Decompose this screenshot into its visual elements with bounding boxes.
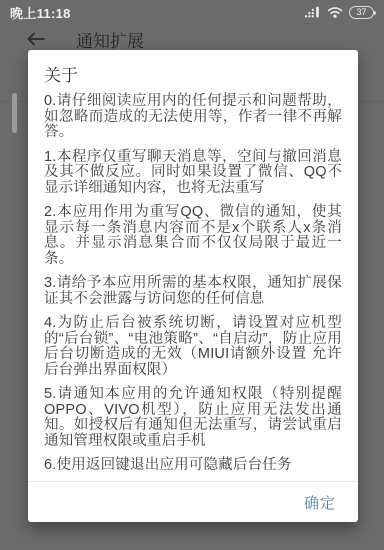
signal-icon — [304, 6, 321, 18]
scrollbar-thumb — [12, 93, 17, 133]
battery-percent: 37 — [356, 7, 366, 17]
about-paragraph-6: 6.使用返回键退出应用可隐藏后台任务 — [44, 458, 342, 474]
back-arrow-icon[interactable] — [26, 32, 46, 46]
dialog-title: 关于 — [44, 61, 342, 86]
dialog-content[interactable]: 关于 0.请仔细阅读应用内的任何提示和问题帮助，如忽略而造成的无法使用等，作者一… — [28, 50, 358, 481]
battery-icon: 37 — [349, 6, 374, 19]
status-time: 晚上11:18 — [10, 3, 71, 22]
status-bar: 晚上11:18 — [0, 0, 384, 24]
about-paragraph-5: 5.请通知本应用的允许通知权限（特别提醒OPPO、VIVO机型），防止应用无法发… — [44, 387, 342, 449]
about-paragraph-1: 1.本程序仅重写聊天消息等，空间与撤回消息及其不做反应。同时如果设置了微信、QQ… — [44, 150, 342, 197]
about-paragraph-2: 2.本应用作用为重写QQ、微信的通知，使其显示每一条消息内容而不是x个联系人x条… — [44, 205, 342, 267]
about-paragraph-0: 0.请仔细阅读应用内的任何提示和问题帮助，如忽略而造成的无法使用等，作者一律不再… — [44, 94, 342, 141]
confirm-button[interactable]: 确定 — [302, 488, 338, 517]
phone-screen: 晚上11:18 — [0, 0, 384, 550]
about-paragraph-4: 4.为防止后台被系统切断，请设置对应机型的“后台锁”、“电池策略”、“自启动”，… — [44, 316, 342, 378]
about-paragraph-3: 3.请给予本应用所需的基本权限，通知扩展保证其不会泄露与访问您的任何信息 — [44, 276, 342, 307]
dialog-footer: 确定 — [28, 481, 358, 522]
wifi-icon — [327, 6, 343, 18]
about-dialog: 关于 0.请仔细阅读应用内的任何提示和问题帮助，如忽略而造成的无法使用等，作者一… — [28, 50, 358, 522]
page-title: 通知扩展 — [76, 27, 144, 52]
status-icons: 37 — [304, 6, 374, 19]
